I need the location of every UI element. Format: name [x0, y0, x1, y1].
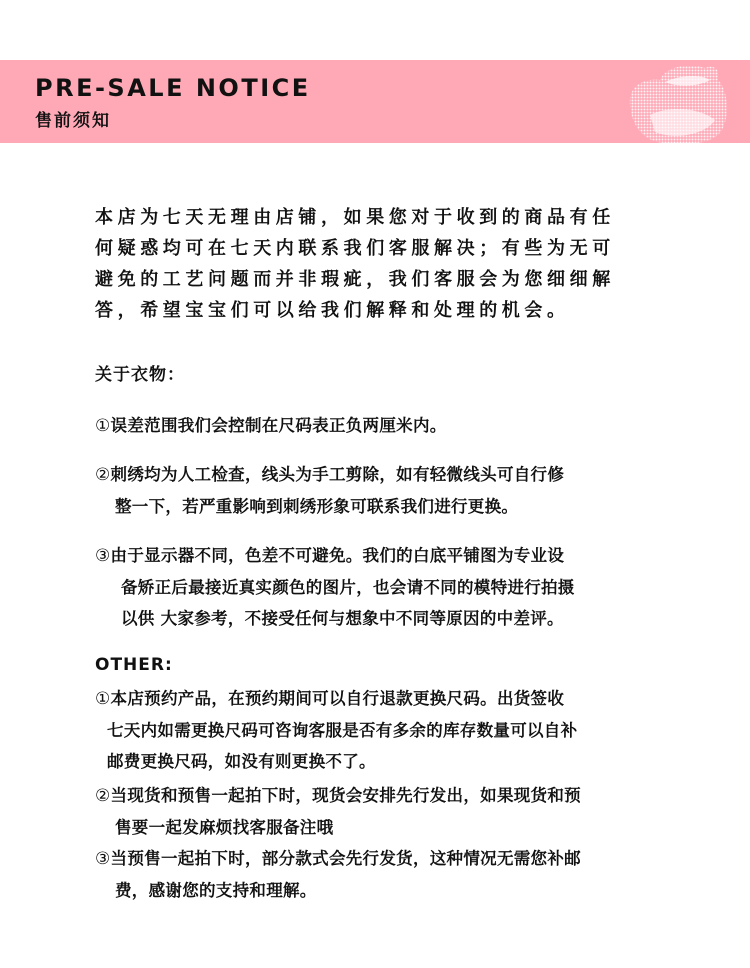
intro-line: 答，希望宝宝们可以给我们解释和处理的机会。	[95, 295, 665, 326]
clothing-section-title: 关于衣物：	[95, 360, 185, 385]
item-text: 以供 大家参考，不接受任何与想象中不同等原因的中差评。	[95, 603, 675, 634]
item-number: ③	[95, 849, 111, 869]
item-number: ①	[95, 416, 111, 436]
other-item-3: ③当预售一起拍下时，部分款式会先行发货，这种情况无需您补邮 费，感谢您的支持和理…	[95, 843, 675, 906]
other-section-title: OTHER:	[95, 655, 173, 675]
intro-paragraph: 本店为七天无理由店铺，如果您对于收到的商品有任 何疑惑均可在七天内联系我们客服解…	[95, 202, 665, 326]
item-number: ①	[95, 689, 111, 709]
rose-icon	[610, 60, 750, 143]
item-text: 当预售一起拍下时，部分款式会先行发货，这种情况无需您补邮	[111, 849, 581, 868]
item-number: ③	[95, 546, 111, 566]
item-text: 备矫正后最接近真实颜色的图片，也会请不同的模特进行拍摄	[95, 572, 675, 603]
item-text: 当现货和预售一起拍下时，现货会安排先行发出，如果现货和预	[111, 786, 581, 805]
item-text: 费，感谢您的支持和理解。	[95, 875, 675, 906]
item-text: 本店预约产品，在预约期间可以自行退款更换尺码。出货签收	[111, 689, 565, 708]
item-text: 由于显示器不同，色差不可避免。我们的白底平铺图为专业设	[111, 546, 565, 565]
banner-title-zh: 售前须知	[35, 106, 111, 131]
clothing-item-2: ②刺绣均为人工检查，线头为手工剪除，如有轻微线头可自行修 整一下，若严重影响到刺…	[95, 459, 675, 522]
item-text: 误差范围我们会控制在尺码表正负两厘米内。	[111, 416, 447, 435]
pre-sale-banner: PRE-SALE NOTICE 售前须知	[0, 60, 750, 143]
item-text: 七天内如需更换尺码可咨询客服是否有多余的库存数量可以自补	[95, 715, 675, 746]
banner-title-en: PRE-SALE NOTICE	[35, 74, 311, 102]
other-item-1: ①本店预约产品，在预约期间可以自行退款更换尺码。出货签收 七天内如需更换尺码可咨…	[95, 683, 675, 777]
item-number: ②	[95, 786, 111, 806]
item-text: 整一下，若严重影响到刺绣形象可联系我们进行更换。	[95, 491, 675, 522]
item-text: 邮费更换尺码，如没有则更换不了。	[95, 746, 675, 777]
item-text: 售要一起发麻烦找客服备注哦	[95, 812, 675, 843]
clothing-item-1: ①误差范围我们会控制在尺码表正负两厘米内。	[95, 410, 675, 442]
intro-line: 何疑惑均可在七天内联系我们客服解决；有些为无可	[95, 233, 665, 264]
item-number: ②	[95, 465, 111, 485]
item-text: 刺绣均为人工检查，线头为手工剪除，如有轻微线头可自行修	[111, 465, 565, 484]
clothing-item-3: ③由于显示器不同，色差不可避免。我们的白底平铺图为专业设 备矫正后最接近真实颜色…	[95, 540, 675, 634]
intro-line: 避免的工艺问题而并非瑕疵，我们客服会为您细细解	[95, 264, 665, 295]
other-item-2: ②当现货和预售一起拍下时，现货会安排先行发出，如果现货和预 售要一起发麻烦找客服…	[95, 780, 675, 843]
intro-line: 本店为七天无理由店铺，如果您对于收到的商品有任	[95, 202, 665, 233]
